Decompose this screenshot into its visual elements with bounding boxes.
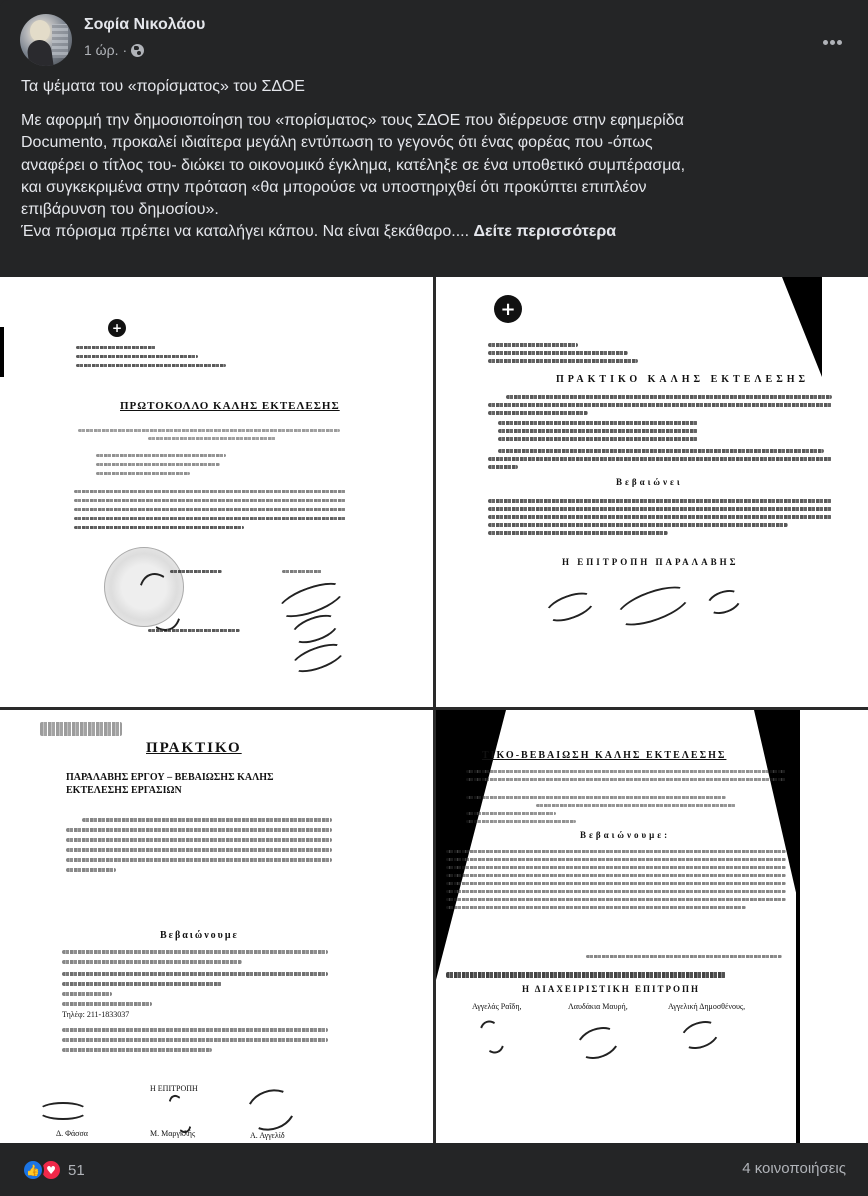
redacted-line [446, 972, 726, 978]
avatar[interactable] [20, 14, 72, 66]
text-line [74, 490, 346, 493]
text-line [96, 463, 220, 466]
text-line [488, 403, 832, 407]
text-line [488, 531, 668, 535]
body-line: αναφέρει ο τίτλος του- διώκει το οικονομ… [21, 155, 851, 177]
body-line: Documento, προκαλεί ιδιαίτερα μεγάλη εντ… [21, 132, 851, 154]
committee-label: Η ΕΠΙΤΡΟΠΗ ΠΑΡΑΛΑΒΗΣ [562, 557, 739, 567]
doc-heading: ΠΡΩΤΟΚΟΛΛΟ ΚΑΛΗΣ ΕΚΤΕΛΕΣΗΣ [120, 400, 340, 412]
text-line [66, 868, 116, 872]
signer-name: Αγγελάς Ραΐδη, [472, 1002, 522, 1011]
text-line [446, 866, 786, 869]
post-footer: 👍 ♥ 51 4 κοινοποιήσεις [0, 1143, 868, 1196]
text-line [498, 429, 698, 433]
text-line [536, 804, 736, 807]
body-line: Ένα πόρισμα πρέπει να καταλήγει κάπου. Ν… [21, 223, 474, 240]
doc-subheading: Βεβαιώνει [616, 477, 683, 487]
text-line [62, 950, 328, 954]
text-line [466, 796, 726, 799]
signer-name: Αγγελική Δημοσθένους, [668, 1002, 745, 1011]
like-icon: 👍 [22, 1159, 44, 1181]
body-line: Με αφορμή την δημοσιοποίηση του «πορίσμα… [21, 110, 851, 132]
author-name[interactable]: Σοφία Νικολάου [84, 16, 205, 34]
text-line [96, 454, 226, 457]
text-line [148, 437, 276, 440]
more-options-button[interactable] [814, 24, 850, 60]
share-count[interactable]: 4 κοινοποιήσεις [742, 1160, 846, 1177]
photo-1[interactable]: ΠΡΩΤΟΚΟΛΛΟ ΚΑΛΗΣ ΕΚΤΕΛΕΣΗΣ [0, 277, 433, 707]
text-line [498, 449, 824, 453]
post-body: Με αφορμή την δημοσιοποίηση του «πορίσμα… [21, 110, 851, 244]
scan-margin [822, 277, 868, 707]
signature [288, 638, 348, 678]
emblem-icon [108, 319, 126, 337]
photo-4[interactable]: ΤΙΚΟ-ΒΕΒΑΙΩΣΗ ΚΑΛΗΣ ΕΚΤΕΛΕΣΗΣ Βεβαιώνουμ… [436, 710, 868, 1143]
text-line [488, 507, 832, 511]
scan-edge [0, 327, 4, 377]
text-line [446, 858, 786, 861]
text-line [66, 848, 332, 852]
see-more-link[interactable]: Δείτε περισσότερα [474, 223, 617, 240]
text-line [62, 992, 112, 996]
signature [703, 586, 744, 619]
text-line [66, 828, 332, 832]
dot-icon [837, 40, 842, 45]
doc-heading: ΠΡΑΚΤΙΚΟ ΚΑΛΗΣ ΕΚΤΕΛΕΣΗΣ [556, 374, 809, 385]
text-line [506, 395, 832, 399]
text-line [62, 1028, 328, 1032]
post-meta: 1 ώρ. · [84, 42, 144, 58]
text-line [66, 858, 332, 862]
signer-name: Λαυδάκια Μαυρή, [568, 1002, 628, 1011]
photo-grid: ΠΡΩΤΟΚΟΛΛΟ ΚΑΛΗΣ ΕΚΤΕΛΕΣΗΣ [0, 277, 868, 1143]
scan-edge [796, 710, 800, 1143]
text-line [466, 778, 786, 781]
reaction-count: 51 [68, 1162, 85, 1179]
text-line [466, 820, 576, 823]
scan-edge [782, 277, 822, 377]
text-line [446, 890, 786, 893]
text-line [66, 838, 332, 842]
letterhead-line [76, 364, 226, 367]
committee-label: Η ΔΙΑΧΕΙΡΙΣΤΙΚΗ ΕΠΙΤΡΟΠΗ [522, 984, 700, 994]
text-line [78, 429, 340, 432]
timestamp[interactable]: 1 ώρ. [84, 42, 118, 58]
signature [38, 1102, 88, 1120]
text-line [62, 960, 242, 964]
letterhead-line [76, 346, 156, 349]
avatar-background [52, 24, 68, 58]
text-line [488, 523, 788, 527]
text-line [74, 517, 346, 520]
text-line [446, 882, 786, 885]
text-line [488, 499, 832, 503]
signature [677, 1016, 723, 1054]
text-line [466, 770, 786, 773]
text-line [586, 955, 782, 958]
text-line [466, 812, 556, 815]
text-line [82, 818, 332, 822]
doc-subheading: ΠΑΡΑΛΑΒΗΣ ΕΡΓΟΥ – ΒΕΒΑΙΩΣΗΣ ΚΑΛΗΣ ΕΚΤΕΛΕ… [66, 771, 336, 797]
letterhead-line [488, 351, 628, 355]
text-line [488, 515, 832, 519]
avatar-head [30, 20, 50, 42]
emblem-icon [494, 295, 522, 323]
doc-section: Βεβαιώνουμε [160, 930, 239, 941]
post-title: Τα ψέματα του «πορίσματος» του ΣΔΟΕ [21, 78, 305, 96]
reactions-summary[interactable]: 👍 ♥ 51 [22, 1159, 85, 1181]
photo-2[interactable]: ΠΡΑΚΤΙΚΟ ΚΑΛΗΣ ΕΚΤΕΛΕΣΗΣ Βεβαιώνει Η ΕΠΙ… [436, 277, 868, 707]
text-line [170, 570, 222, 573]
letterhead-logo [40, 722, 122, 736]
signature [241, 1083, 302, 1138]
signer-name: Μ. Μαργκλής [150, 1129, 195, 1138]
grid-divider [433, 277, 436, 1143]
text-line [446, 874, 786, 877]
text-line [62, 972, 328, 976]
doc-phone: Τηλέφ: 211-1833037 [62, 1010, 129, 1019]
photo-3[interactable]: ΠΡΑΚΤΙΚΟ ΠΑΡΑΛΑΒΗΣ ΕΡΓΟΥ – ΒΕΒΑΙΩΣΗΣ ΚΑΛ… [0, 710, 433, 1143]
committee-label: Η ΕΠΙΤΡΟΠΗ [150, 1084, 198, 1093]
letterhead-line [488, 343, 578, 347]
body-line-last: Ένα πόρισμα πρέπει να καταλήγει κάπου. Ν… [21, 221, 851, 243]
text-line [488, 411, 588, 415]
text-line [446, 850, 786, 853]
text-line [148, 629, 240, 632]
signer-name: Δ. Φάσσα [56, 1129, 88, 1138]
text-line [446, 898, 786, 901]
meta-separator: · [122, 42, 127, 58]
dot-icon [830, 40, 835, 45]
text-line [62, 1048, 212, 1052]
text-line [96, 472, 190, 475]
text-line [488, 465, 518, 469]
avatar-body [26, 38, 54, 66]
signature [611, 579, 695, 634]
doc-heading: ΤΙΚΟ-ΒΕΒΑΙΩΣΗ ΚΑΛΗΣ ΕΚΤΕΛΕΣΗΣ [482, 750, 726, 761]
text-line [74, 499, 346, 502]
signature [541, 587, 598, 627]
globe-icon[interactable] [131, 44, 144, 57]
dot-icon [823, 40, 828, 45]
text-line [74, 508, 346, 511]
text-line [498, 421, 698, 425]
text-line [62, 1038, 328, 1042]
letterhead-line [488, 359, 638, 363]
body-line: επιβάρυνση του δημοσίου». [21, 199, 851, 221]
signature [572, 1021, 624, 1064]
signer-name: Α. Αγγελίδ [250, 1131, 285, 1140]
text-line [62, 982, 222, 986]
text-line [446, 906, 746, 909]
letterhead-line [76, 355, 198, 358]
post-header: Σοφία Νικολάου 1 ώρ. · [20, 14, 850, 66]
text-line [62, 1002, 152, 1006]
body-line: και συγκεκριμένα στην πρόταση «θα μπορού… [21, 177, 851, 199]
text-line [498, 437, 698, 441]
signature [475, 1017, 509, 1057]
post-card: Σοφία Νικολάου 1 ώρ. · Τα ψέματα του «πο… [0, 0, 868, 1196]
doc-heading: ΠΡΑΚΤΙΚΟ [146, 740, 242, 757]
text-line [488, 457, 832, 461]
text-line [74, 526, 244, 529]
scan-edge [754, 710, 800, 910]
text-line [282, 570, 322, 573]
doc-section: Βεβαιώνουμε: [580, 830, 670, 840]
